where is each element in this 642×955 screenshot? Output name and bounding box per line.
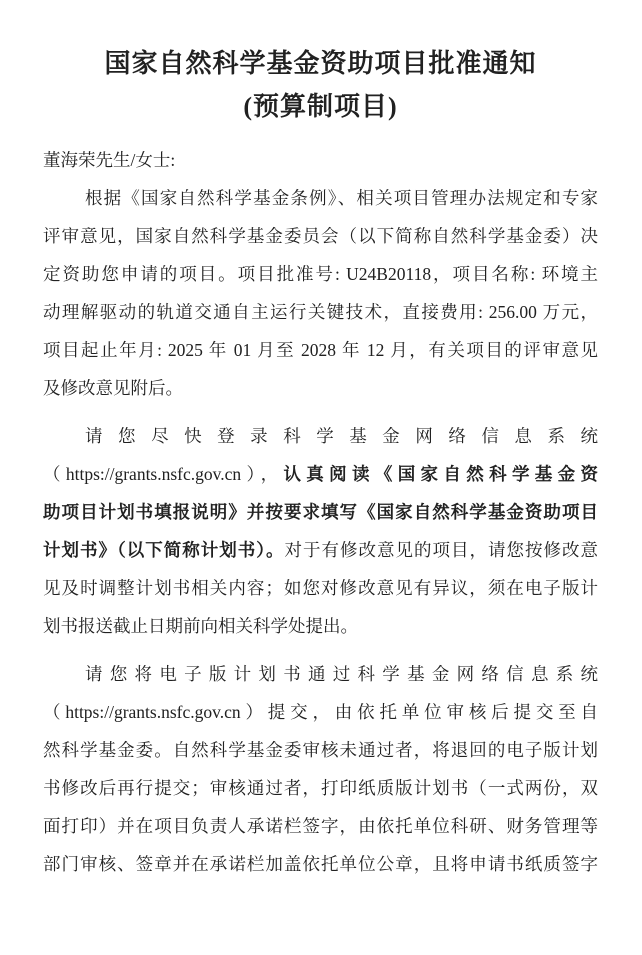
- line-text: 及修改意见附后。: [43, 378, 183, 398]
- p2-line-1: 请您尽快登录科学基金网络信息系统: [43, 417, 598, 455]
- document-content: 国家自然科学基金资助项目批准通知 (预算制项目) 董海荣先生/女士: 根据《国家…: [0, 42, 642, 883]
- recipient-salutation: 董海荣先生/女士:: [43, 141, 598, 179]
- p1-line-6: 及修改意见附后。: [43, 369, 598, 407]
- line-text: 对于有修改意见的项目，请您按修改意: [285, 540, 599, 560]
- line-text: 然科学基金委。自然科学基金委审核未通过者，将退回的电子版计划: [43, 740, 598, 760]
- line-text: 定资助您申请的项目。项目批准号: U24B20118，项目名称: 环境主: [43, 264, 598, 284]
- p3-line-5: 面打印）并在项目负责人承诺栏签字，由依托单位科研、财务管理等: [43, 807, 598, 845]
- line-text-bold: 计划书》（以下简称计划书）。: [43, 540, 285, 560]
- p1-line-1: 根据《国家自然科学基金条例》、相关项目管理办法规定和专家: [43, 179, 598, 217]
- line-text: 划书报送截止日期前向相关科学处提出。: [43, 616, 358, 636]
- grants-url-text: （https://grants.nsfc.gov.cn）提交，由依托单位审核后提…: [43, 702, 598, 722]
- p2-line-2: （https://grants.nsfc.gov.cn），认真阅读《国家自然科学…: [43, 455, 598, 493]
- line-text-bold: 认真阅读《国家自然科学基金资: [283, 464, 598, 484]
- line-text: 根据《国家自然科学基金条例》、相关项目管理办法规定和专家: [85, 188, 598, 208]
- notice-document-page: 国家自然科学基金资助项目批准通知 (预算制项目) 董海荣先生/女士: 根据《国家…: [0, 0, 642, 955]
- line-text: 请您将电子版计划书通过科学基金网络信息系统: [85, 664, 598, 684]
- line-text: 项目起止年月: 2025 年 01 月至 2028 年 12 月，有关项目的评审…: [43, 340, 598, 360]
- p3-line-6: 部门审核、签章并在承诺栏加盖依托单位公章，且将申请书纸质签字: [43, 845, 598, 883]
- line-text: 面打印）并在项目负责人承诺栏签字，由依托单位科研、财务管理等: [43, 816, 598, 836]
- p3-line-3: 然科学基金委。自然科学基金委审核未通过者，将退回的电子版计划: [43, 731, 598, 769]
- line-text: 见及时调整计划书相关内容；如您对修改意见有异议，须在电子版计: [43, 578, 598, 598]
- p1-line-3: 定资助您申请的项目。项目批准号: U24B20118，项目名称: 环境主: [43, 255, 598, 293]
- p3-line-2: （https://grants.nsfc.gov.cn）提交，由依托单位审核后提…: [43, 693, 598, 731]
- paragraph-3: 请您将电子版计划书通过科学基金网络信息系统 （https://grants.ns…: [43, 655, 598, 883]
- document-title-line1: 国家自然科学基金资助项目批准通知: [43, 42, 598, 85]
- p1-line-4: 动理解驱动的轨道交通自主运行关键技术，直接费用: 256.00 万元，: [43, 293, 598, 331]
- line-text: 请您尽快登录科学基金网络信息系统: [85, 426, 598, 446]
- paragraph-2: 请您尽快登录科学基金网络信息系统 （https://grants.nsfc.go…: [43, 417, 598, 645]
- p2-line-6: 划书报送截止日期前向相关科学处提出。: [43, 607, 598, 645]
- p1-line-5: 项目起止年月: 2025 年 01 月至 2028 年 12 月，有关项目的评审…: [43, 331, 598, 369]
- line-text: 动理解驱动的轨道交通自主运行关键技术，直接费用: 256.00 万元，: [43, 302, 598, 322]
- line-text: 部门审核、签章并在承诺栏加盖依托单位公章，且将申请书纸质签字: [43, 854, 598, 874]
- p3-line-1: 请您将电子版计划书通过科学基金网络信息系统: [43, 655, 598, 693]
- p2-line-5: 见及时调整计划书相关内容；如您对修改意见有异议，须在电子版计: [43, 569, 598, 607]
- p2-line-4: 计划书》（以下简称计划书）。对于有修改意见的项目，请您按修改意: [43, 531, 598, 569]
- p2-line-3: 助项目计划书填报说明》并按要求填写《国家自然科学基金资助项目: [43, 493, 598, 531]
- line-text: 评审意见，国家自然科学基金委员会（以下简称自然科学基金委）决: [43, 226, 598, 246]
- document-title: 国家自然科学基金资助项目批准通知 (预算制项目): [43, 42, 598, 128]
- p1-line-2: 评审意见，国家自然科学基金委员会（以下简称自然科学基金委）决: [43, 217, 598, 255]
- grants-url-text: （https://grants.nsfc.gov.cn），: [43, 464, 283, 484]
- line-text-bold: 助项目计划书填报说明》并按要求填写《国家自然科学基金资助项目: [43, 502, 598, 522]
- document-title-line2: (预算制项目): [43, 85, 598, 128]
- p3-line-4: 书修改后再行提交；审核通过者，打印纸质版计划书（一式两份，双: [43, 769, 598, 807]
- line-text: 书修改后再行提交；审核通过者，打印纸质版计划书（一式两份，双: [43, 778, 598, 798]
- paragraph-1: 根据《国家自然科学基金条例》、相关项目管理办法规定和专家 评审意见，国家自然科学…: [43, 179, 598, 407]
